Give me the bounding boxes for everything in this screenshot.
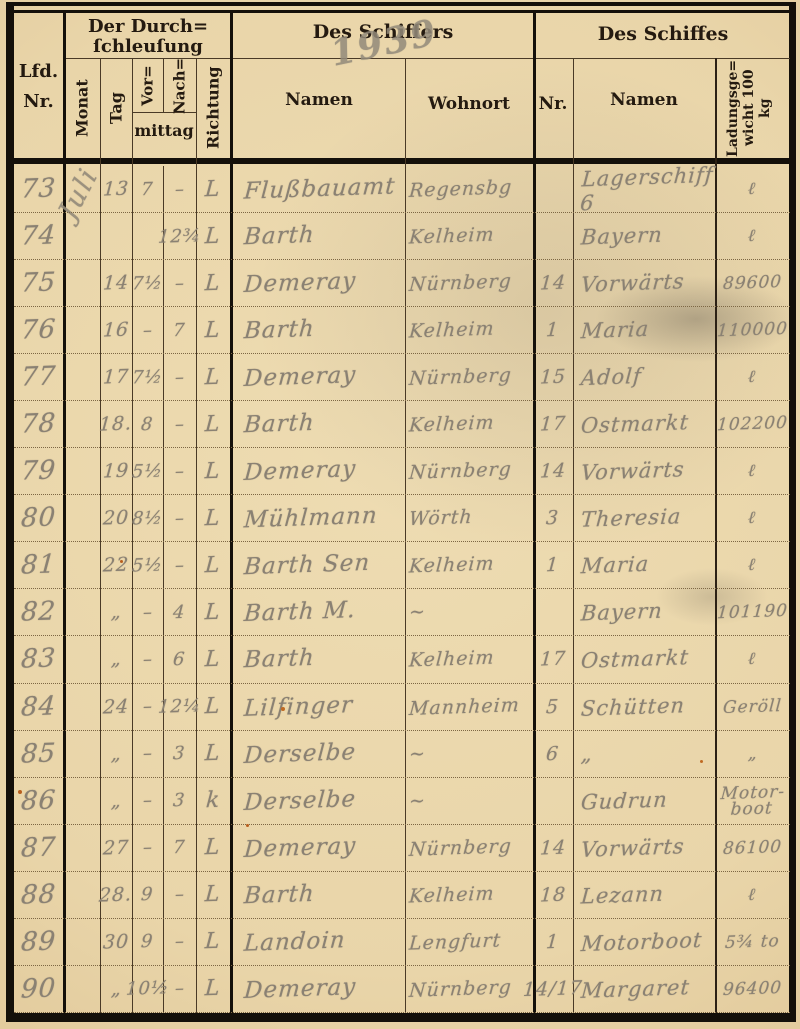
header-schiff-title: Des Schiffes bbox=[536, 22, 790, 46]
handwriting-schiff_name: Maria bbox=[580, 317, 650, 343]
cell-gewicht: 5¾ to bbox=[715, 919, 790, 965]
handwriting-schiff_name: Ostmarkt bbox=[580, 646, 690, 674]
handwriting-schiff_name: Gudrun bbox=[580, 787, 668, 814]
handwriting-richtung: L bbox=[204, 647, 221, 673]
header-durchschleusung-title-2: ſchleuſung bbox=[66, 36, 230, 56]
cell-vorm: 5½ bbox=[132, 448, 163, 494]
handwriting-nachm: 7 bbox=[173, 319, 187, 340]
handwriting-gewicht: ℓ bbox=[748, 510, 757, 526]
cell-nachm: – bbox=[163, 260, 196, 306]
handwriting-schiffer_name: Demeray bbox=[243, 456, 357, 486]
handwriting-vorm: – bbox=[142, 790, 153, 811]
handwriting-schiff_name: „ bbox=[580, 741, 594, 765]
handwriting-tag: „ bbox=[110, 601, 122, 623]
cell-wohnort: Kelheim bbox=[405, 636, 533, 682]
cell-schiffer_name: Mühlmann bbox=[230, 495, 405, 541]
cell-wohnort: Kelheim bbox=[405, 542, 533, 588]
handwriting-wohnort: ~ bbox=[408, 742, 426, 765]
handwriting-wohnort: Mannheim bbox=[408, 694, 520, 720]
cell-richtung: L bbox=[196, 731, 230, 777]
handwriting-vorm: – bbox=[142, 319, 153, 340]
handwriting-richtung: k bbox=[205, 788, 221, 814]
handwriting-richtung: L bbox=[204, 270, 221, 296]
cell-monat bbox=[63, 731, 100, 777]
handwriting-richtung: L bbox=[204, 741, 221, 767]
handwriting-schiff_name: Ostmarkt bbox=[580, 410, 690, 438]
handwriting-richtung: L bbox=[204, 694, 221, 720]
cell-richtung: L bbox=[196, 636, 230, 682]
cell-schiff_nr: 18 bbox=[533, 872, 573, 918]
handwriting-schiffer_name: Barth M. bbox=[243, 597, 357, 627]
cell-vorm: 8½ bbox=[132, 495, 163, 541]
cell-schiff_name: Motorboot bbox=[573, 919, 715, 965]
cell-nachm: 7 bbox=[163, 307, 196, 353]
cell-richtung: L bbox=[196, 354, 230, 400]
handwriting-tag: 19 bbox=[102, 460, 130, 483]
cell-gewicht: ℓ bbox=[715, 872, 790, 918]
handwriting-gewicht: ℓ bbox=[748, 463, 757, 479]
table-row: 75147½–LDemerayNürnberg14Vorwärts89600 bbox=[14, 260, 790, 307]
cell-monat bbox=[63, 919, 100, 965]
handwriting-schiff_nr: 14 bbox=[539, 460, 567, 483]
handwriting-schiffer_name: Barth bbox=[243, 645, 315, 674]
table-row: 8424–12¼LLilfingerMannheim5SchüttenGeröl… bbox=[14, 684, 790, 731]
cell-gewicht: „ bbox=[715, 731, 790, 777]
paper-speck bbox=[246, 824, 249, 827]
cell-nr: 76 bbox=[14, 307, 63, 353]
handwriting-gewicht: ℓ bbox=[748, 887, 757, 903]
cell-schiffer_name: Flußbauamt bbox=[230, 166, 405, 212]
handwriting-nachm: 3 bbox=[173, 743, 187, 764]
handwriting-gewicht: Geröll bbox=[723, 697, 783, 715]
handwriting-schiff_name: Vorwärts bbox=[580, 834, 685, 862]
cell-nachm: – bbox=[163, 919, 196, 965]
handwriting-nr: 83 bbox=[20, 644, 57, 675]
cell-schiffer_name: Barth bbox=[230, 213, 405, 259]
handwriting-wohnort: Nürnberg bbox=[408, 270, 512, 296]
cell-schiff_name: Ostmarkt bbox=[573, 401, 715, 447]
cell-schiffer_name: Demeray bbox=[230, 448, 405, 494]
cell-monat bbox=[63, 966, 100, 1012]
handwriting-vorm: 5½ bbox=[131, 460, 163, 482]
handwriting-nachm: – bbox=[174, 178, 185, 199]
cell-schiff_name: Adolf bbox=[573, 354, 715, 400]
cell-monat bbox=[63, 213, 100, 259]
cell-vorm: – bbox=[132, 589, 163, 635]
cell-schiff_name: Bayern bbox=[573, 589, 715, 635]
paper-speck bbox=[281, 707, 285, 711]
handwriting-schiffer_name: Mühlmann bbox=[243, 503, 378, 534]
cell-wohnort: Regensbg bbox=[405, 166, 533, 212]
handwriting-schiffer_name: Landoin bbox=[243, 927, 346, 957]
handwriting-nachm: 4 bbox=[173, 602, 187, 623]
cell-tag: 28. bbox=[100, 872, 132, 918]
table-row: 7616–7LBarthKelheim1Maria110000 bbox=[14, 307, 790, 354]
cell-wohnort: Nürnberg bbox=[405, 260, 533, 306]
handwriting-vorm: 9 bbox=[141, 931, 155, 952]
cell-schiff_name: Ostmarkt bbox=[573, 636, 715, 682]
cell-tag: 27 bbox=[100, 825, 132, 871]
cell-tag: 24 bbox=[100, 684, 132, 730]
header-schiff-nr: Nr. bbox=[533, 92, 573, 116]
handwriting-richtung: L bbox=[204, 223, 221, 249]
header-ladungsgewicht-2: wicht 100 kg bbox=[746, 58, 768, 158]
cell-tag: „ bbox=[100, 589, 132, 635]
handwriting-schiff_name: Bayern bbox=[580, 223, 663, 250]
cell-monat bbox=[63, 166, 100, 212]
handwriting-schiff_name: Theresia bbox=[580, 505, 682, 533]
cell-nr: 89 bbox=[14, 919, 63, 965]
cell-nachm: 6 bbox=[163, 636, 196, 682]
cell-tag: „ bbox=[100, 636, 132, 682]
cell-vorm: 9 bbox=[132, 872, 163, 918]
handwriting-vorm: 8½ bbox=[131, 507, 163, 529]
handwriting-richtung: L bbox=[204, 835, 221, 861]
cell-nr: 86 bbox=[14, 778, 63, 824]
cell-vorm: 8 bbox=[132, 401, 163, 447]
paper-speck bbox=[120, 560, 123, 563]
table-row: 7412¾LBarthKelheimBayernℓ bbox=[14, 213, 790, 260]
handwriting-nr: 80 bbox=[20, 503, 57, 534]
header-vormittag: Vor= bbox=[137, 60, 158, 112]
handwriting-tag: „ bbox=[110, 789, 122, 811]
table-body: 73137–LFlußbauamtRegensbgLagerschiff 6ℓ7… bbox=[14, 166, 790, 1013]
cell-vorm: – bbox=[132, 825, 163, 871]
cell-tag: 17 bbox=[100, 354, 132, 400]
handwriting-schiff_nr: 17 bbox=[539, 648, 567, 671]
cell-vorm: 7½ bbox=[132, 260, 163, 306]
cell-tag bbox=[100, 213, 132, 259]
handwriting-nr: 87 bbox=[20, 832, 57, 863]
table-row: 81225½–LBarth SenKelheim1Mariaℓ bbox=[14, 542, 790, 589]
cell-nr: 84 bbox=[14, 684, 63, 730]
cell-schiff_name: Maria bbox=[573, 542, 715, 588]
cell-schiff_nr: 1 bbox=[533, 307, 573, 353]
table-row: 90„10½–LDemerayNürnberg14/17Margaret9640… bbox=[14, 966, 790, 1013]
handwriting-gewicht: ℓ bbox=[748, 557, 757, 573]
table-row: 80208½–LMühlmannWörth3Theresiaℓ bbox=[14, 495, 790, 542]
cell-schiffer_name: Demeray bbox=[230, 966, 405, 1012]
cell-monat bbox=[63, 778, 100, 824]
cell-schiff_nr bbox=[533, 778, 573, 824]
cell-gewicht: 96400 bbox=[715, 966, 790, 1012]
handwriting-nr: 73 bbox=[20, 173, 57, 204]
cell-monat bbox=[63, 307, 100, 353]
handwriting-gewicht: ℓ bbox=[748, 228, 757, 244]
cell-gewicht: Motor- boot bbox=[715, 778, 790, 824]
cell-wohnort: Nürnberg bbox=[405, 354, 533, 400]
cell-nr: 79 bbox=[14, 448, 63, 494]
cell-tag: 18. bbox=[100, 401, 132, 447]
cell-wohnort: Kelheim bbox=[405, 213, 533, 259]
table-row: 8727–7LDemerayNürnberg14Vorwärts86100 bbox=[14, 825, 790, 872]
handwriting-wohnort: Kelheim bbox=[408, 882, 495, 907]
handwriting-nachm: – bbox=[174, 931, 185, 952]
cell-monat bbox=[63, 260, 100, 306]
header-richtung: Richtung bbox=[202, 60, 224, 156]
handwriting-schiffer_name: Barth bbox=[243, 410, 315, 439]
handwriting-vorm: – bbox=[142, 649, 153, 670]
header-tag: Tag bbox=[105, 60, 127, 156]
cell-monat bbox=[63, 354, 100, 400]
cell-nr: 90 bbox=[14, 966, 63, 1012]
handwriting-nachm: – bbox=[174, 366, 185, 387]
cell-schiff_nr: 17 bbox=[533, 401, 573, 447]
handwriting-vorm: 7½ bbox=[131, 272, 163, 294]
cell-nr: 82 bbox=[14, 589, 63, 635]
cell-schiff_nr: 5 bbox=[533, 684, 573, 730]
handwriting-nachm: 6 bbox=[173, 649, 187, 670]
handwriting-schiff_nr: 1 bbox=[546, 319, 561, 342]
cell-schiff_name: Lezann bbox=[573, 872, 715, 918]
cell-gewicht: 102200 bbox=[715, 401, 790, 447]
cell-gewicht: ℓ bbox=[715, 636, 790, 682]
handwriting-wohnort: Lengfurt bbox=[408, 929, 502, 954]
cell-schiff_name: Vorwärts bbox=[573, 448, 715, 494]
cell-richtung: L bbox=[196, 589, 230, 635]
header-lfd-line1: Lfd. bbox=[14, 58, 63, 84]
cell-wohnort: Nürnberg bbox=[405, 825, 533, 871]
handwriting-nr: 77 bbox=[20, 362, 57, 393]
header-mittag: mittag bbox=[132, 118, 196, 142]
handwriting-schiffer_name: Barth bbox=[243, 880, 315, 909]
cell-schiff_nr: 14 bbox=[533, 260, 573, 306]
handwriting-richtung: L bbox=[204, 176, 221, 202]
cell-wohnort: Nürnberg bbox=[405, 966, 533, 1012]
cell-nachm: 7 bbox=[163, 825, 196, 871]
handwriting-tag: 13 bbox=[102, 178, 130, 201]
cell-nachm: – bbox=[163, 448, 196, 494]
handwriting-nachm: – bbox=[174, 272, 185, 293]
handwriting-tag: 17 bbox=[102, 366, 130, 389]
cell-schiff_name: „ bbox=[573, 731, 715, 777]
cell-schiffer_name: Barth bbox=[230, 636, 405, 682]
table-row: 73137–LFlußbauamtRegensbgLagerschiff 6ℓ bbox=[14, 166, 790, 213]
cell-monat bbox=[63, 542, 100, 588]
cell-nachm: 4 bbox=[163, 589, 196, 635]
handwriting-schiff_name: Maria bbox=[580, 552, 650, 578]
handwriting-nr: 90 bbox=[20, 973, 57, 1004]
header-durchschleusung-title-1: Der Durch= bbox=[66, 16, 230, 36]
handwriting-tag: 27 bbox=[102, 836, 130, 859]
register-page: Lfd. Nr. Der Durch= ſchleuſung Monat Tag… bbox=[0, 0, 800, 1029]
cell-nachm: – bbox=[163, 401, 196, 447]
handwriting-nr: 86 bbox=[20, 785, 57, 816]
cell-schiffer_name: Barth bbox=[230, 307, 405, 353]
handwriting-schiff_name: Schütten bbox=[580, 693, 686, 721]
cell-schiff_name: Theresia bbox=[573, 495, 715, 541]
cell-nr: 87 bbox=[14, 825, 63, 871]
cell-nr: 78 bbox=[14, 401, 63, 447]
cell-tag: 14 bbox=[100, 260, 132, 306]
handwriting-schiff_name: Lezann bbox=[580, 881, 665, 908]
handwriting-wohnort: Wörth bbox=[408, 506, 473, 530]
cell-schiffer_name: Barth Sen bbox=[230, 542, 405, 588]
cell-wohnort: ~ bbox=[405, 731, 533, 777]
handwriting-wohnort: Nürnberg bbox=[408, 458, 512, 484]
handwriting-nr: 84 bbox=[20, 691, 57, 722]
cell-vorm: 7 bbox=[132, 166, 163, 212]
cell-schiff_nr: 3 bbox=[533, 495, 573, 541]
header-nachmittag: Nach= bbox=[169, 60, 190, 112]
handwriting-nr: 82 bbox=[20, 597, 57, 628]
cell-schiff_nr: 1 bbox=[533, 919, 573, 965]
cell-gewicht: 101190 bbox=[715, 589, 790, 635]
handwriting-schiffer_name: Demeray bbox=[243, 974, 357, 1004]
cell-schiffer_name: Derselbe bbox=[230, 778, 405, 824]
cell-nachm: 3 bbox=[163, 778, 196, 824]
handwriting-vorm: – bbox=[142, 743, 153, 764]
handwriting-nr: 81 bbox=[20, 550, 57, 581]
cell-monat bbox=[63, 636, 100, 682]
cell-schiff_nr: 14 bbox=[533, 825, 573, 871]
handwriting-wohnort: Nürnberg bbox=[408, 364, 512, 390]
cell-richtung: L bbox=[196, 919, 230, 965]
cell-nachm: – bbox=[163, 166, 196, 212]
cell-nr: 81 bbox=[14, 542, 63, 588]
handwriting-nr: 78 bbox=[20, 409, 57, 440]
handwriting-schiffer_name: Derselbe bbox=[243, 739, 357, 769]
cell-schiff_name: Schütten bbox=[573, 684, 715, 730]
handwriting-tag: „ bbox=[110, 742, 122, 764]
cell-tag: 13 bbox=[100, 166, 132, 212]
cell-nachm: 12¼ bbox=[163, 684, 196, 730]
handwriting-nr: 88 bbox=[20, 879, 57, 910]
cell-schiff_nr: 6 bbox=[533, 731, 573, 777]
handwriting-wohnort: Kelheim bbox=[408, 412, 495, 437]
handwriting-vorm: – bbox=[142, 837, 153, 858]
handwriting-wohnort: Nürnberg bbox=[408, 976, 512, 1002]
table-row: 86„–3kDerselbe~GudrunMotor- boot bbox=[14, 778, 790, 825]
cell-nr: 75 bbox=[14, 260, 63, 306]
handwriting-gewicht: 101190 bbox=[717, 603, 789, 622]
cell-wohnort: ~ bbox=[405, 589, 533, 635]
cell-schiff_name: Bayern bbox=[573, 213, 715, 259]
cell-schiff_nr bbox=[533, 166, 573, 212]
cell-richtung: L bbox=[196, 542, 230, 588]
cell-nr: 88 bbox=[14, 872, 63, 918]
cell-schiff_nr: 1 bbox=[533, 542, 573, 588]
table-row: 7818.8–LBarthKelheim17Ostmarkt102200 bbox=[14, 401, 790, 448]
handwriting-wohnort: ~ bbox=[408, 789, 426, 812]
handwriting-schiffer_name: Barth bbox=[243, 222, 315, 251]
cell-tag: „ bbox=[100, 778, 132, 824]
table-row: 89309–LLandoinLengfurt1Motorboot5¾ to bbox=[14, 919, 790, 966]
handwriting-schiff_name: Vorwärts bbox=[580, 269, 685, 297]
cell-wohnort: Nürnberg bbox=[405, 448, 533, 494]
cell-nr: 83 bbox=[14, 636, 63, 682]
handwriting-richtung: L bbox=[204, 317, 221, 343]
handwriting-nachm: – bbox=[174, 884, 185, 905]
cell-schiffer_name: Derselbe bbox=[230, 731, 405, 777]
cell-monat bbox=[63, 825, 100, 871]
handwriting-richtung: L bbox=[204, 506, 221, 532]
handwriting-gewicht: 110000 bbox=[717, 321, 789, 340]
table-row: 85„–3LDerselbe~6„„ bbox=[14, 731, 790, 778]
cell-schiff_name: Margaret bbox=[573, 966, 715, 1012]
handwriting-tag: 20 bbox=[102, 507, 130, 530]
cell-schiff_nr bbox=[533, 589, 573, 635]
cell-nr: 77 bbox=[14, 354, 63, 400]
cell-nr: 74 bbox=[14, 213, 63, 259]
table-row: 8828.9–LBarthKelheim18Lezannℓ bbox=[14, 872, 790, 919]
cell-gewicht: ℓ bbox=[715, 166, 790, 212]
header-monat: Monat bbox=[71, 60, 93, 156]
cell-schiffer_name: Demeray bbox=[230, 825, 405, 871]
table-row: 83„–6LBarthKelheim17Ostmarktℓ bbox=[14, 636, 790, 683]
handwriting-schiff_name: Adolf bbox=[580, 364, 642, 390]
handwriting-tag: 16 bbox=[102, 319, 130, 342]
handwriting-schiff_name: Margaret bbox=[580, 975, 691, 1003]
handwriting-gewicht: 96400 bbox=[722, 980, 782, 998]
cell-vorm: – bbox=[132, 636, 163, 682]
handwriting-gewicht: ℓ bbox=[748, 651, 757, 667]
handwriting-schiff_nr: 5 bbox=[546, 695, 561, 718]
handwriting-nr: 76 bbox=[20, 314, 57, 345]
cell-gewicht: 110000 bbox=[715, 307, 790, 353]
cell-richtung: L bbox=[196, 166, 230, 212]
handwriting-nachm: 12¾ bbox=[157, 225, 202, 248]
handwriting-nachm: 7 bbox=[173, 837, 187, 858]
header-schiffer-namen: Namen bbox=[233, 88, 405, 112]
handwriting-nachm: – bbox=[174, 508, 185, 529]
cell-wohnort: Kelheim bbox=[405, 872, 533, 918]
cell-wohnort: Kelheim bbox=[405, 307, 533, 353]
handwriting-gewicht: ℓ bbox=[748, 181, 757, 197]
cell-vorm: 5½ bbox=[132, 542, 163, 588]
cell-gewicht: ℓ bbox=[715, 448, 790, 494]
handwriting-richtung: L bbox=[204, 976, 221, 1002]
handwriting-richtung: L bbox=[204, 364, 221, 390]
cell-schiff_name: Vorwärts bbox=[573, 260, 715, 306]
handwriting-schiffer_name: Lilfinger bbox=[243, 692, 354, 722]
cell-schiffer_name: Landoin bbox=[230, 919, 405, 965]
handwriting-nachm: – bbox=[174, 461, 185, 482]
handwriting-schiffer_name: Demeray bbox=[243, 362, 357, 392]
cell-nachm: – bbox=[163, 495, 196, 541]
handwriting-schiff_nr: 14 bbox=[539, 836, 567, 859]
handwriting-vorm: 5½ bbox=[131, 554, 163, 576]
handwriting-vorm: – bbox=[142, 696, 153, 717]
handwriting-gewicht: 102200 bbox=[717, 415, 789, 434]
handwriting-schiff_name: Bayern bbox=[580, 599, 663, 626]
handwriting-gewicht: Motor- boot bbox=[719, 783, 786, 817]
cell-monat bbox=[63, 448, 100, 494]
handwriting-tag: 30 bbox=[102, 930, 130, 953]
handwriting-nachm: – bbox=[174, 414, 185, 435]
cell-richtung: L bbox=[196, 966, 230, 1012]
cell-tag: „ bbox=[100, 731, 132, 777]
cell-richtung: L bbox=[196, 448, 230, 494]
cell-vorm: 10½ bbox=[132, 966, 163, 1012]
table-row: 82„–4LBarth M.~Bayern101190 bbox=[14, 589, 790, 636]
handwriting-nachm: – bbox=[174, 978, 185, 999]
cell-schiff_nr bbox=[533, 213, 573, 259]
handwriting-wohnort: Kelheim bbox=[408, 224, 495, 249]
handwriting-wohnort: Kelheim bbox=[408, 647, 495, 672]
cell-tag: 22 bbox=[100, 542, 132, 588]
cell-vorm: 9 bbox=[132, 919, 163, 965]
cell-vorm: 7½ bbox=[132, 354, 163, 400]
cell-monat bbox=[63, 589, 100, 635]
handwriting-richtung: L bbox=[204, 458, 221, 484]
handwriting-schiff_nr: 18 bbox=[539, 883, 567, 906]
handwriting-gewicht: ℓ bbox=[748, 369, 757, 385]
handwriting-schiffer_name: Barth Sen bbox=[243, 550, 371, 580]
cell-nachm: 12¾ bbox=[163, 213, 196, 259]
handwriting-vorm: – bbox=[142, 602, 153, 623]
handwriting-richtung: L bbox=[204, 553, 221, 579]
